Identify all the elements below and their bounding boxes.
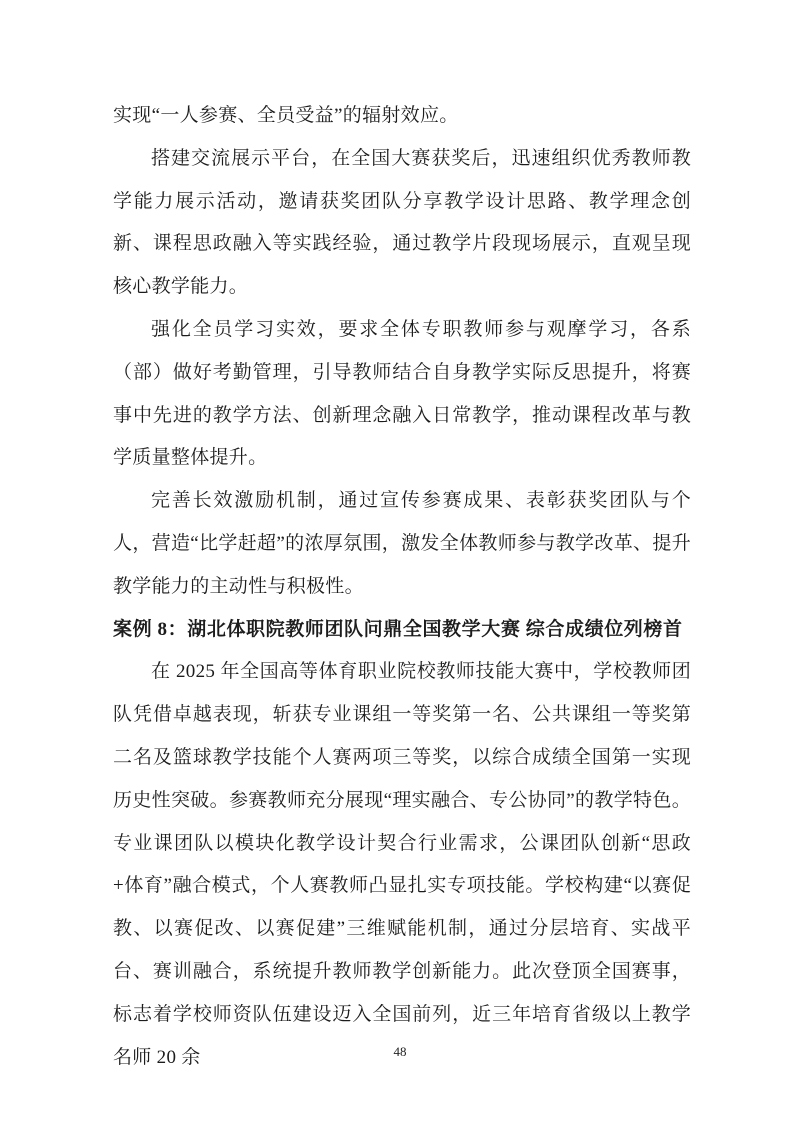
- document-body: 实现“一人参赛、全员受益”的辐射效应。 搭建交流展示平台，在全国大赛获奖后，迅速…: [113, 95, 691, 1079]
- paragraph-study-effect: 强化全员学习实效，要求全体专职教师参与观摩学习，各系（部）做好考勤管理，引导教师…: [113, 309, 691, 480]
- paragraph-radiation-effect: 实现“一人参赛、全员受益”的辐射效应。: [113, 95, 691, 138]
- case-8-heading: 案例 8：湖北体职院教师团队问鼎全国教学大赛 综合成绩位列榜首: [113, 609, 691, 652]
- document-page: 实现“一人参赛、全员受益”的辐射效应。 搭建交流展示平台，在全国大赛获奖后，迅速…: [0, 0, 800, 1131]
- page-number: 48: [0, 1042, 800, 1062]
- paragraph-incentive-mechanism: 完善长效激励机制，通过宣传参赛成果、表彰获奖团队与个人，营造“比学赶超”的浓厚氛…: [113, 480, 691, 608]
- paragraph-case-8-body: 在 2025 年全国高等体育职业院校教师技能大赛中，学校教师团队凭借卓越表现，斩…: [113, 651, 691, 1079]
- paragraph-exchange-platform: 搭建交流展示平台，在全国大赛获奖后，迅速组织优秀教师教学能力展示活动，邀请获奖团…: [113, 138, 691, 309]
